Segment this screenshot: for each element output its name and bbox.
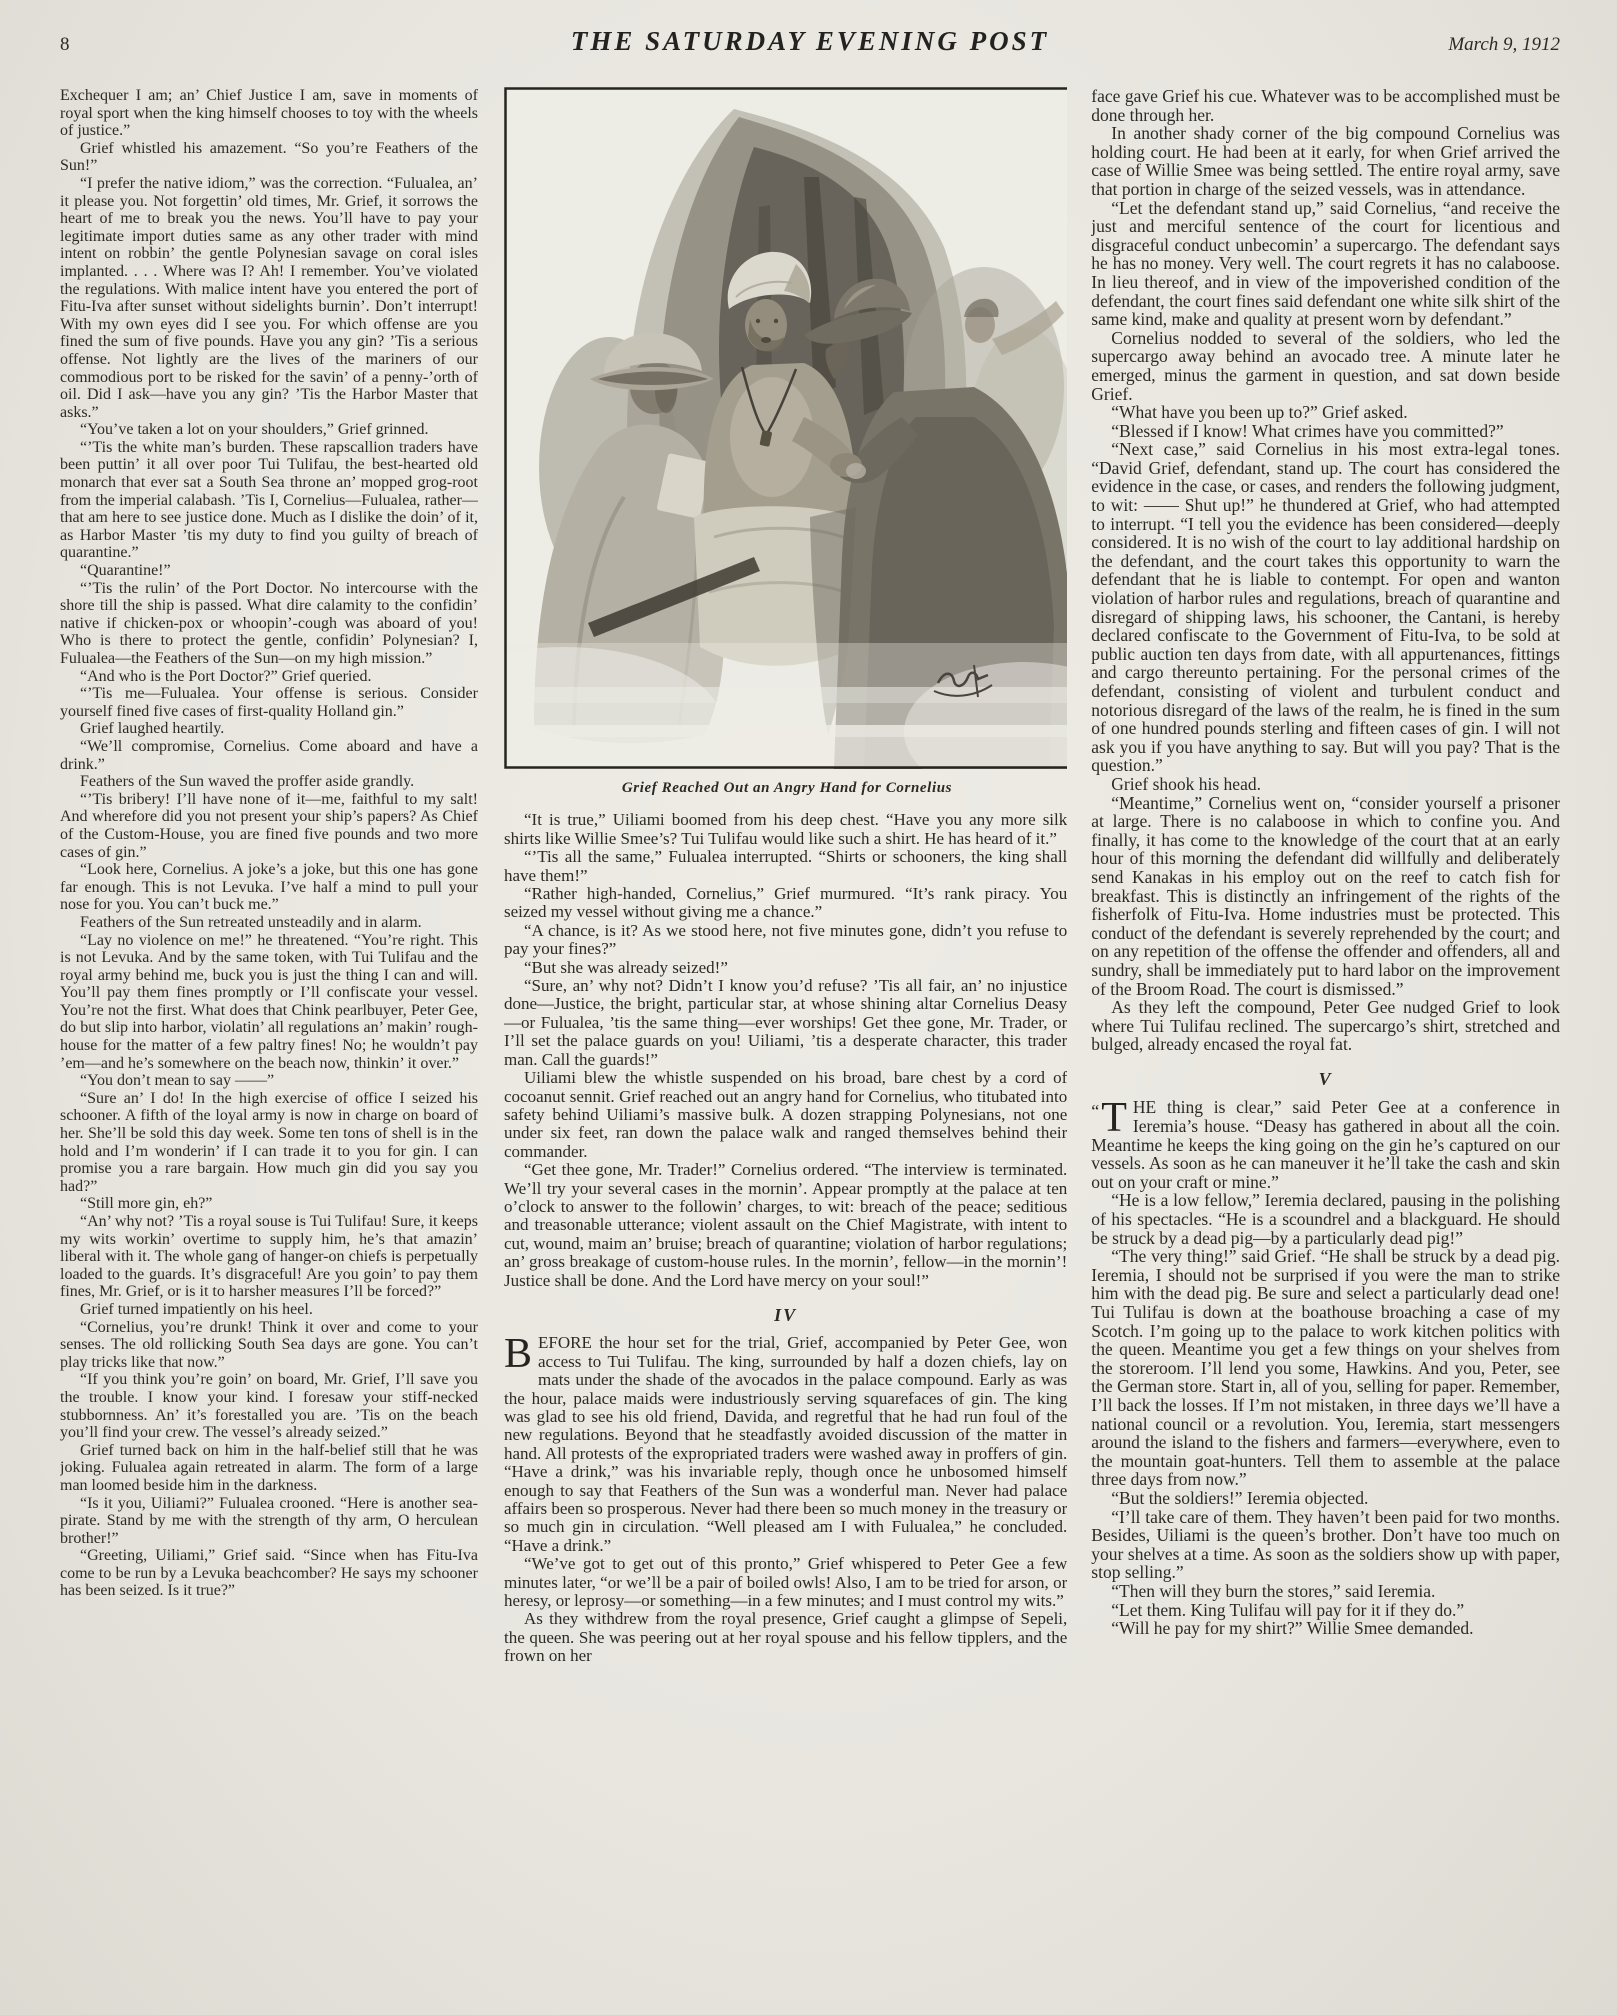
- paragraph: “But she was already seized!”: [504, 959, 1067, 977]
- paragraph: “Rather high-handed, Cornelius,” Grief m…: [504, 885, 1067, 922]
- paragraph: “Blessed if I know! What crimes have you…: [1091, 422, 1560, 441]
- column-right: face gave Grief his cue. Whatever was to…: [1091, 87, 1560, 2011]
- paragraph: “Sure, an’ why not? Didn’t I know you’d …: [504, 977, 1067, 1069]
- paragraph: “’Tis all the same,” Fulualea interrupte…: [504, 848, 1067, 885]
- paragraph: Grief whistled his amazement. “So you’re…: [60, 140, 478, 175]
- paragraph: BEFORE the hour set for the trial, Grief…: [504, 1334, 1067, 1555]
- story-illustration: Grief Reached Out an Angry Hand for Corn…: [504, 87, 1067, 797]
- paragraph: Exchequer I am; an’ Chief Justice I am, …: [60, 87, 478, 140]
- paragraph: “And who is the Port Doctor?” Grief quer…: [60, 668, 478, 686]
- paragraph: Feathers of the Sun waved the proffer as…: [60, 773, 478, 791]
- paragraph: “Let them. King Tulifau will pay for it …: [1091, 1601, 1560, 1620]
- illustration-frame: [504, 87, 1067, 769]
- page-number: 8: [60, 34, 571, 56]
- paragraph: face gave Grief his cue. Whatever was to…: [1091, 87, 1560, 124]
- paragraph: “THE thing is clear,” said Peter Gee at …: [1091, 1098, 1560, 1191]
- paragraph: “Quarantine!”: [60, 562, 478, 580]
- column-middle-text: “It is true,” Uiliami boomed from his de…: [504, 811, 1067, 1665]
- paragraph: “What have you been up to?” Grief asked.: [1091, 403, 1560, 422]
- paragraph: “An’ why not? ’Tis a royal souse is Tui …: [60, 1213, 478, 1301]
- paragraph: Grief turned back on him in the half-bel…: [60, 1442, 478, 1495]
- paragraph: As they left the compound, Peter Gee nud…: [1091, 998, 1560, 1054]
- paragraph: Cornelius nodded to several of the soldi…: [1091, 329, 1560, 403]
- drop-cap: B: [504, 1334, 538, 1371]
- paragraph: “You’ve taken a lot on your shoulders,” …: [60, 421, 478, 439]
- paragraph: “I’ll take care of them. They haven’t be…: [1091, 1508, 1560, 1582]
- paragraph: “’Tis bribery! I’ll have none of it—me, …: [60, 791, 478, 861]
- paragraph: “Will he pay for my shirt?” Willie Smee …: [1091, 1619, 1560, 1638]
- paragraph: Grief shook his head.: [1091, 775, 1560, 794]
- paragraph: “I prefer the native idiom,” was the cor…: [60, 175, 478, 421]
- paragraph: Grief turned impatiently on his heel.: [60, 1301, 478, 1319]
- paragraph: As they withdrew from the royal presence…: [504, 1610, 1067, 1665]
- paragraph: “But the soldiers!” Ieremia objected.: [1091, 1489, 1560, 1508]
- illustration-art: [504, 87, 1067, 769]
- paragraph: “Sure an’ I do! In the high exercise of …: [60, 1090, 478, 1196]
- section-heading: IV: [504, 1306, 1067, 1324]
- paragraph: Grief laughed heartily.: [60, 720, 478, 738]
- paragraph: “Still more gin, eh?”: [60, 1195, 478, 1213]
- paragraph: “You don’t mean to say ——”: [60, 1072, 478, 1090]
- paragraph: “He is a low fellow,” Ieremia declared, …: [1091, 1191, 1560, 1247]
- paragraph: “Then will they burn the stores,” said I…: [1091, 1582, 1560, 1601]
- illustration-caption: Grief Reached Out an Angry Hand for Corn…: [504, 779, 1067, 797]
- paragraph: “It is true,” Uiliami boomed from his de…: [504, 811, 1067, 848]
- paragraph: “’Tis the rulin’ of the Port Doctor. No …: [60, 580, 478, 668]
- paragraph: “We’ve got to get out of this pronto,” G…: [504, 1555, 1067, 1610]
- paragraph: Feathers of the Sun retreated unsteadily…: [60, 914, 478, 932]
- paragraph: “Greeting, Uiliami,” Grief said. “Since …: [60, 1547, 478, 1600]
- paragraph: “Lay no violence on me!” he threatened. …: [60, 932, 478, 1073]
- open-quote: “: [1091, 1098, 1101, 1124]
- paragraph: “The very thing!” said Grief. “He shall …: [1091, 1247, 1560, 1489]
- paragraph: “A chance, is it? As we stood here, not …: [504, 922, 1067, 959]
- paragraph: In another shady corner of the big compo…: [1091, 124, 1560, 198]
- vignette-fade: [504, 643, 1067, 769]
- issue-date: March 9, 1912: [1049, 34, 1560, 56]
- paragraph: “Next case,” said Cornelius in his most …: [1091, 440, 1560, 775]
- paragraph: “Is it you, Uiliami?” Fulualea crooned. …: [60, 1495, 478, 1548]
- paragraph: “Let the defendant stand up,” said Corne…: [1091, 199, 1560, 329]
- page-header: 8 THE SATURDAY EVENING POST March 9, 191…: [0, 0, 1617, 57]
- article-body: Exchequer I am; an’ Chief Justice I am, …: [0, 57, 1617, 2011]
- paragraph: “’Tis me—Fulualea. Your offense is serio…: [60, 685, 478, 720]
- paragraph: “Cornelius, you’re drunk! Think it over …: [60, 1319, 478, 1372]
- section-heading: V: [1091, 1070, 1560, 1089]
- paragraph: “We’ll compromise, Cornelius. Come aboar…: [60, 738, 478, 773]
- paragraph: “Get thee gone, Mr. Trader!” Cornelius o…: [504, 1161, 1067, 1290]
- paragraph: “’Tis the white man’s burden. These raps…: [60, 439, 478, 562]
- paragraph: “If you think you’re goin’ on board, Mr.…: [60, 1371, 478, 1441]
- column-middle: Grief Reached Out an Angry Hand for Corn…: [504, 87, 1067, 2011]
- magazine-page: 8 THE SATURDAY EVENING POST March 9, 191…: [0, 0, 1617, 2015]
- drop-cap: T: [1101, 1098, 1133, 1135]
- masthead-title: THE SATURDAY EVENING POST: [571, 26, 1049, 57]
- paragraph: “Meantime,” Cornelius went on, “consider…: [1091, 794, 1560, 999]
- paragraph: “Look here, Cornelius. A joke’s a joke, …: [60, 861, 478, 914]
- column-left: Exchequer I am; an’ Chief Justice I am, …: [60, 87, 478, 2011]
- paragraph: Uiliami blew the whistle suspended on hi…: [504, 1069, 1067, 1161]
